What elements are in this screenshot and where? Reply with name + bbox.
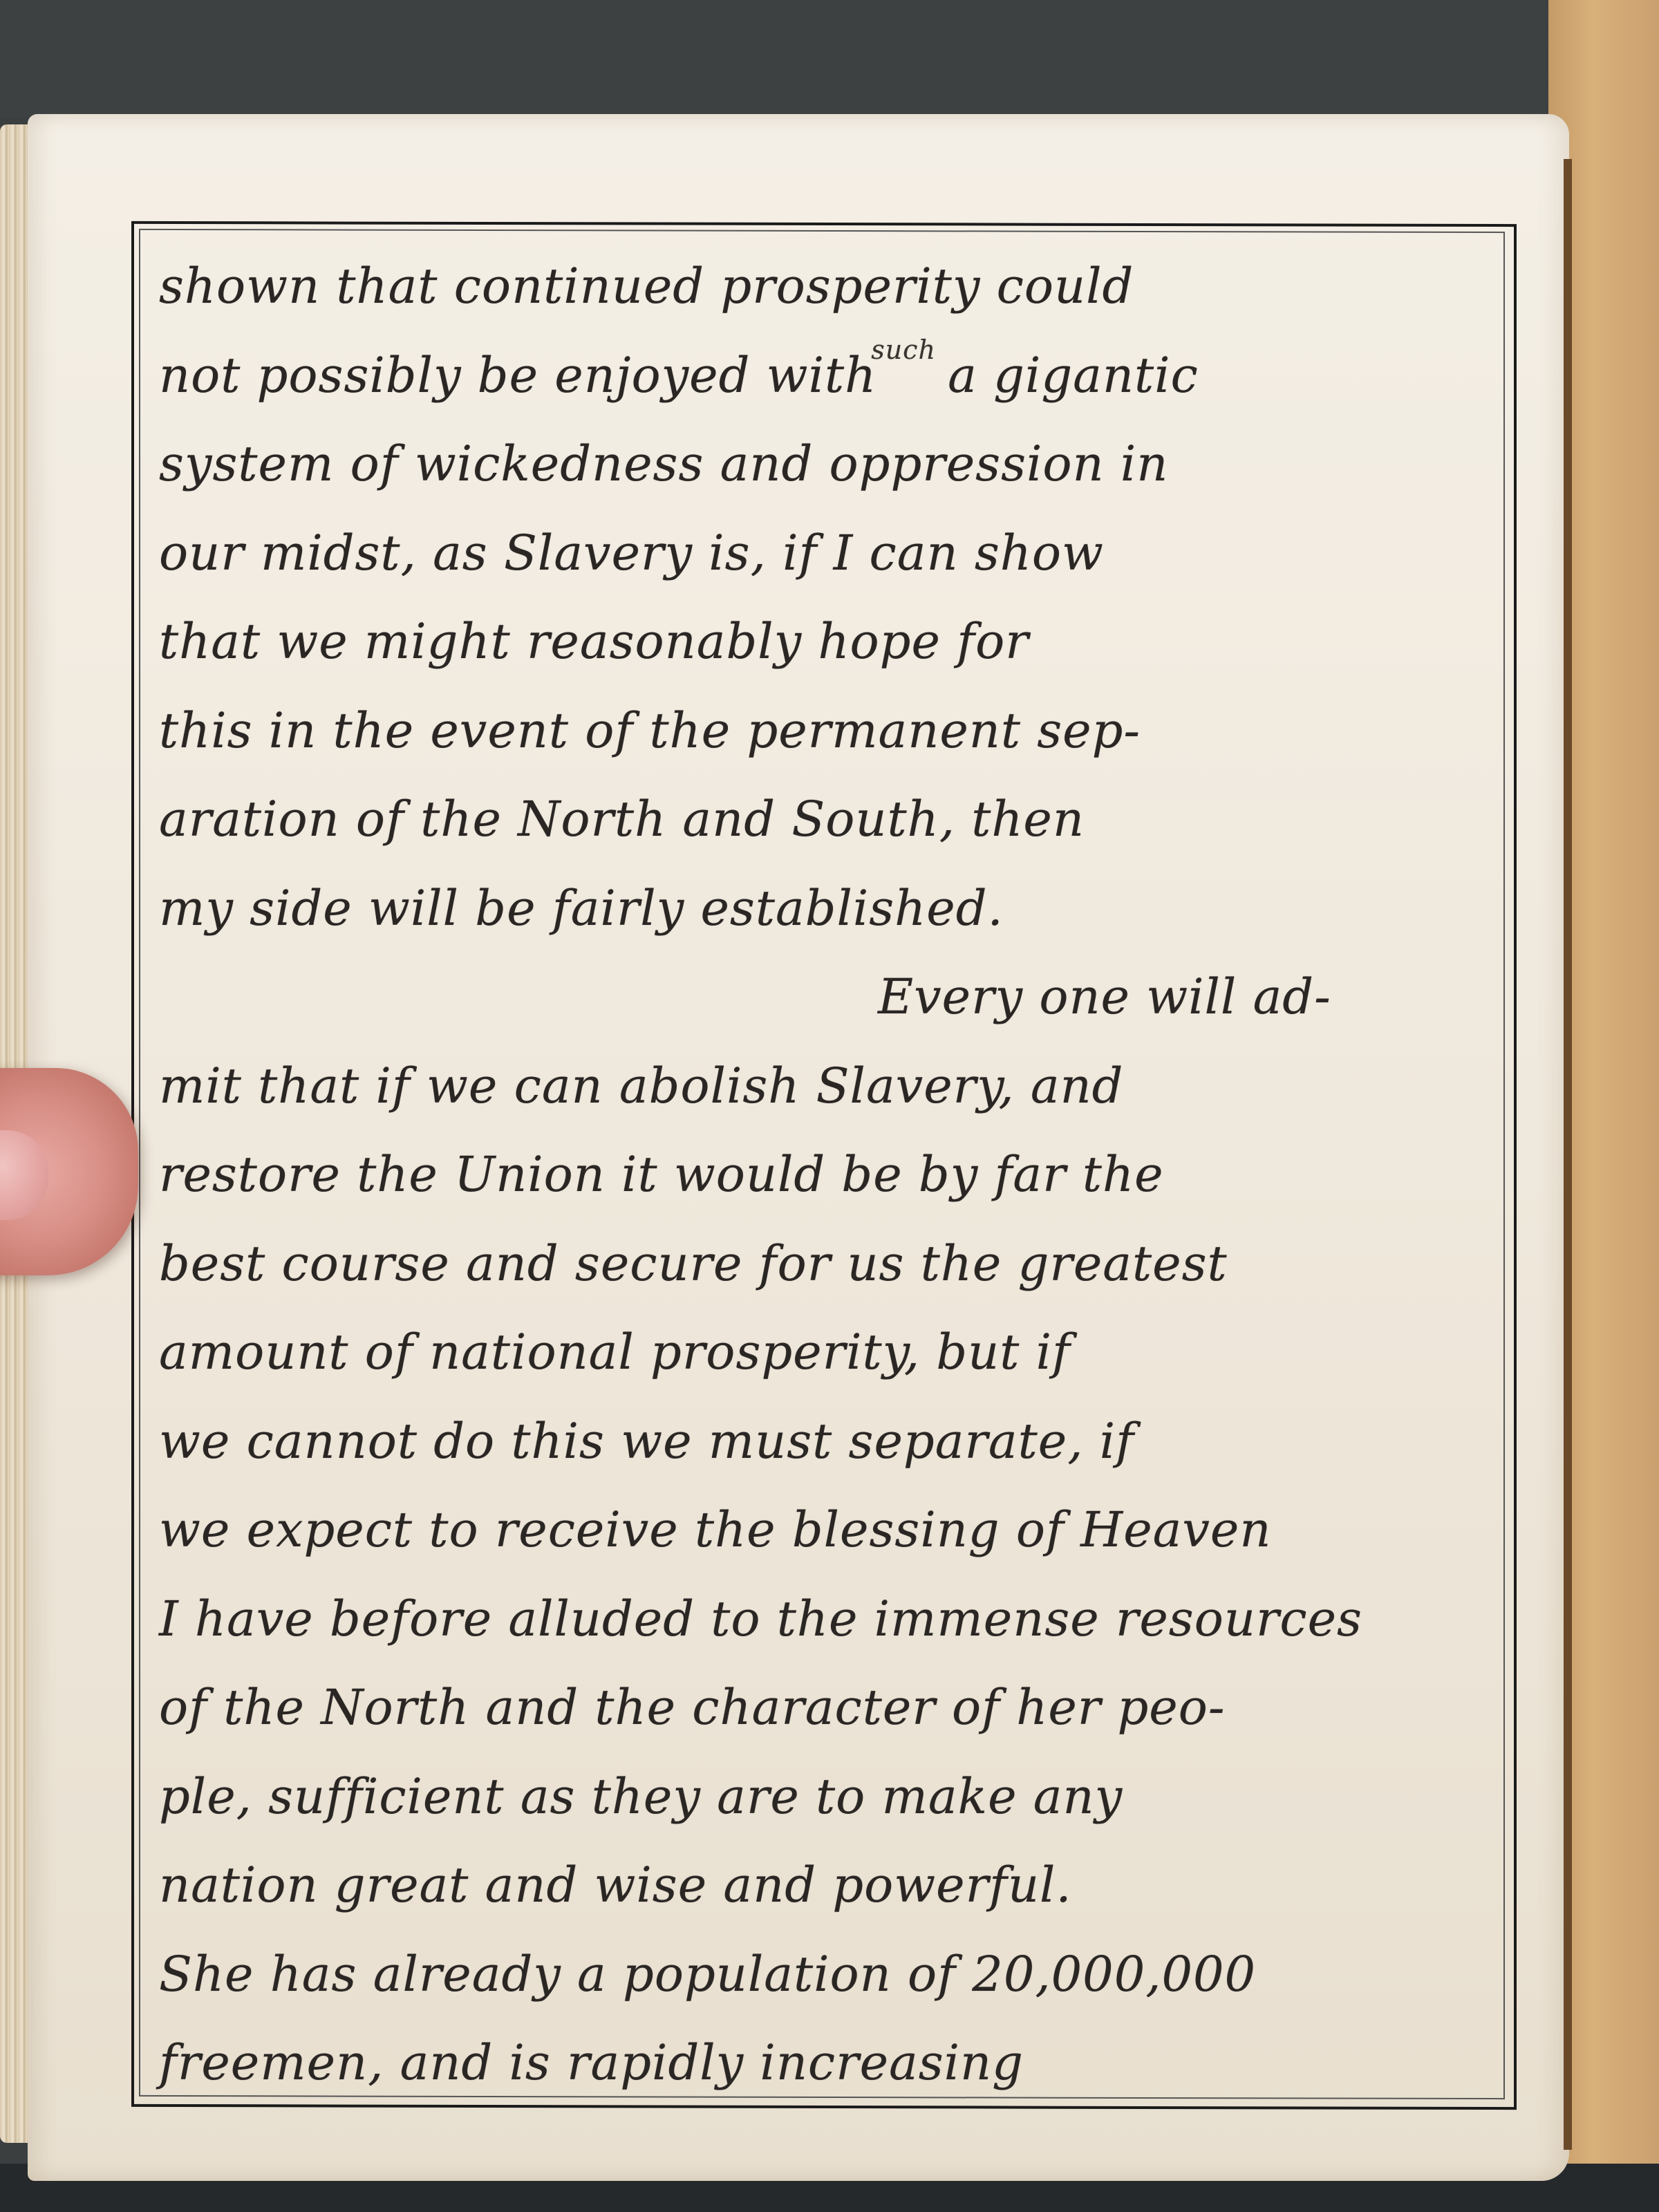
text-line: our midst, as Slavery is, if I can show xyxy=(159,509,1493,598)
background-surface-top xyxy=(0,0,1659,118)
thumbnail-nail xyxy=(0,1130,48,1220)
text-line: that we might reasonably hope for xyxy=(159,597,1493,686)
text-line: my side will be fairly established. xyxy=(159,864,1493,953)
text-line: system of wickedness and oppression in xyxy=(159,420,1493,509)
handwritten-text-block: shown that continued prosperity could no… xyxy=(159,242,1493,2108)
text-line: we cannot do this we must separate, if xyxy=(159,1397,1493,1486)
text-line: shown that continued prosperity could xyxy=(159,242,1493,331)
text-line: She has already a population of 20,000,0… xyxy=(159,1930,1493,2019)
text-line: of the North and the character of her pe… xyxy=(159,1663,1493,1752)
text-line: I have before alluded to the immense res… xyxy=(159,1575,1493,1664)
text-line-part: not possibly be enjoyed with xyxy=(159,347,877,404)
text-line: restore the Union it would be by far the xyxy=(159,1130,1493,1219)
text-line: ple, sufficient as they are to make any xyxy=(159,1752,1493,1841)
text-line: best course and secure for us the greate… xyxy=(159,1219,1493,1309)
text-line: this in the event of the permanent sep- xyxy=(159,686,1493,776)
text-line: mit that if we can abolish Slavery, and xyxy=(159,1042,1493,1131)
text-line-paragraph-start: Every one will ad- xyxy=(159,953,1493,1042)
text-line: freemen, and is rapidly increasing xyxy=(159,2018,1493,2108)
text-line: amount of national prosperity, but if xyxy=(159,1308,1493,1397)
text-line-part: a gigantic xyxy=(932,347,1199,404)
text-line-with-insertion: not possibly be enjoyed withsuch a gigan… xyxy=(159,331,1493,420)
text-line: aration of the North and South, then xyxy=(159,775,1493,864)
text-line: nation great and wise and powerful. xyxy=(159,1841,1493,1930)
insertion-mark: such xyxy=(871,335,936,365)
text-line: we expect to receive the blessing of Hea… xyxy=(159,1485,1493,1575)
page-gutter xyxy=(1564,159,1572,2150)
